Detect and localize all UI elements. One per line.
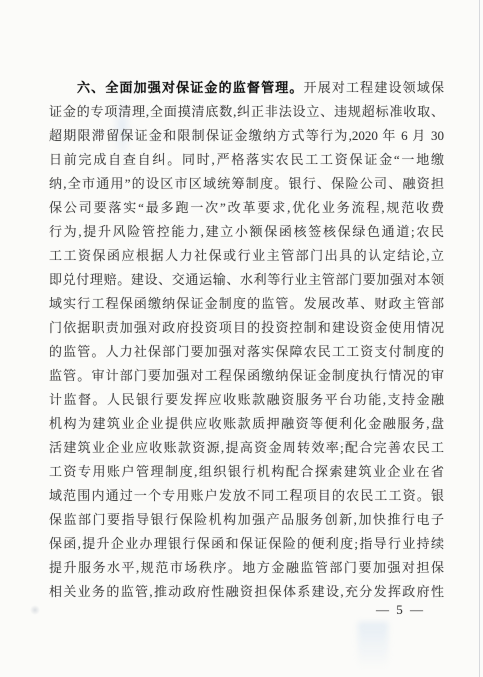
page-number: — 5 —	[376, 602, 425, 618]
text-line: 提升服务水平,规范市场秩序。地方金融监管部门要加强对担保	[49, 556, 444, 580]
text-line: 工工资保函应根据人力社保或行业主管部门出具的认定结论,立	[49, 244, 444, 268]
text-line: 即兑付理赔。建设、交通运输、水利等行业主管部门要加强对本领	[49, 268, 444, 292]
scan-edge-line	[479, 0, 480, 677]
text-line: 域范围内通过一个专用账户发放不同工程项目的农民工工资。银	[49, 484, 444, 508]
text-line: 监管。审计部门要加强对工程保函缴纳保证金制度执行情况的审	[49, 364, 444, 388]
text-line: 活建筑业企业应收账款资源,提高资金周转效率;配合完善农民工	[49, 436, 444, 460]
text-line: 六、全面加强对保证金的监督管理。开展对工程建设领域保	[49, 76, 444, 100]
text-line: 机构为建筑业企业提供应收账款质押融资等便利化金融服务,盘	[49, 412, 444, 436]
scan-smudge-bottom	[358, 622, 388, 677]
text-line: 纳,全市通用”的设区市区域统筹制度。银行、保险公司、融资担	[49, 172, 444, 196]
text-line: 域实行工程保函缴纳保证金制度的监管。发展改革、财政主管部	[49, 292, 444, 316]
text-line: 超期限滞留保证金和限制保证金缴纳方式等行为,2020 年 6 月 30	[49, 124, 444, 148]
text-line: 行为,提升风险管控能力,建立小额保函核签核保绿色通道;农民	[49, 220, 444, 244]
scan-speck	[30, 605, 40, 615]
text-line: 证金的专项清理,全面摸清底数,纠正非法设立、违规超标准收取、	[49, 100, 444, 124]
document-body: 六、全面加强对保证金的监督管理。开展对工程建设领域保证金的专项清理,全面摸清底数…	[49, 76, 444, 604]
text-line: 保公司要落实“最多跑一次”改革要求,优化业务流程,规范收费	[49, 196, 444, 220]
text-line: 的监管。人力社保部门要加强对落实保障农民工工资支付制度的	[49, 340, 444, 364]
text-line: 保函,提升企业办理银行保函和保证保险的便利度;指导行业持续	[49, 532, 444, 556]
text-line: 相关业务的监管,推动政府性融资担保体系建设,充分发挥政府性	[49, 580, 444, 604]
text-line: 保监部门要指导银行保险机构加强产品服务创新,加快推行电子	[49, 508, 444, 532]
text-line: 日前完成自查自纠。同时,严格落实农民工工资保证金“一地缴	[49, 148, 444, 172]
section-heading: 六、全面加强对保证金的监督管理。	[77, 80, 304, 95]
text-line: 计监督。人民银行要发挥应收账款融资服务平台功能,支持金融	[49, 388, 444, 412]
text-line: 工资专用账户管理制度,组织银行机构配合探索建筑业企业在省	[49, 460, 444, 484]
document-page: 六、全面加强对保证金的监督管理。开展对工程建设领域保证金的专项清理,全面摸清底数…	[0, 0, 483, 677]
text-line: 门依据职责加强对政府投资项目的投资控制和建设资金使用情况	[49, 316, 444, 340]
